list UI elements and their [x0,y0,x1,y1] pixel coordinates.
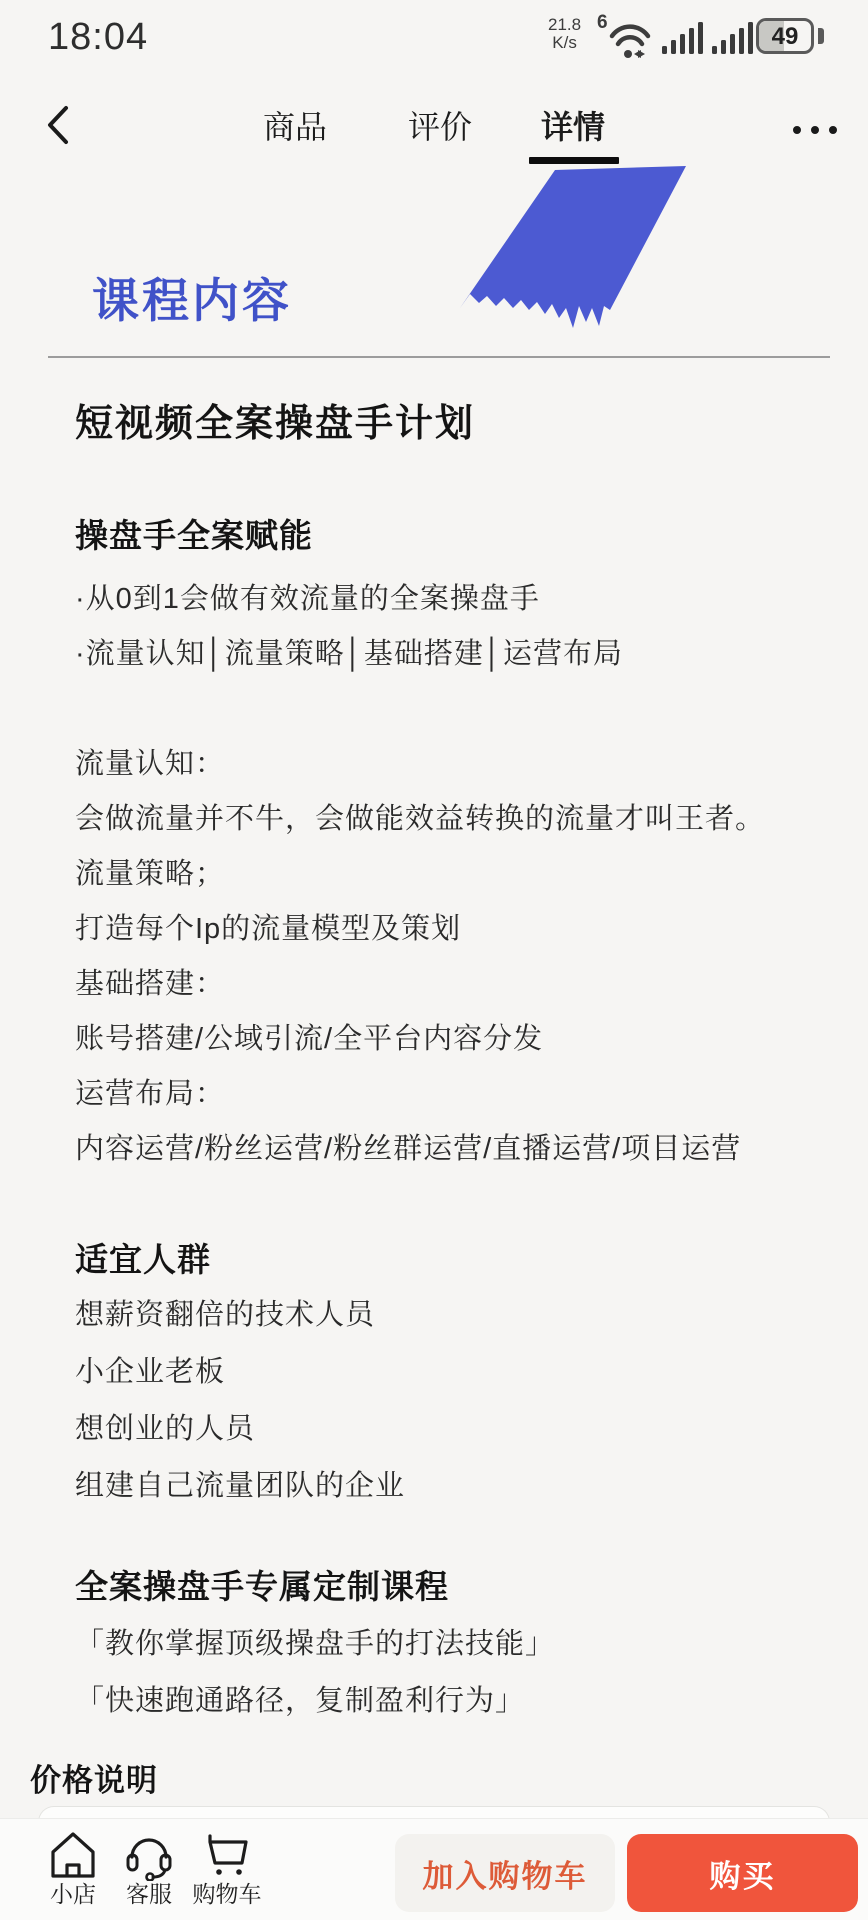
battery-percent: 49 [759,23,811,51]
cart-label: 购物车 [182,1881,272,1907]
blue-brush-stroke [448,158,698,338]
tab-reviews[interactable]: 评价 [408,102,472,148]
body-line: 「快速跑通路径，复制盈利行为」 [75,1682,833,1720]
body-line: 打造每个Ip的流量模型及策划 [75,910,833,948]
body-line: 想薪资翻倍的技术人员 [75,1296,833,1334]
cart-button[interactable]: 购物车 [182,1829,272,1907]
back-chevron-icon[interactable] [40,100,80,150]
body-line: ·从0到1会做有效流量的全案操盘手 [75,580,833,618]
shop-icon [48,1829,98,1881]
battery-nub [818,28,824,44]
detail-content: 短视频全案操盘手计划 操盘手全案赋能 ·从0到1会做有效流量的全案操盘手 ·流量… [75,385,833,1800]
customer-service-label: 客服 [104,1881,194,1907]
body-line: 运营布局： [75,1075,833,1113]
body-line: 账号搭建/公域引流/全平台内容分发 [75,1020,833,1058]
battery-icon: 49 [756,18,814,54]
body-line: 组建自己流量团队的企业 [75,1467,833,1505]
body-line: ·流量认知│流量策略│基础搭建│运营布局 [75,635,833,673]
cellular-signal-icon-2 [712,20,754,56]
tab-product[interactable]: 商品 [263,102,327,148]
nav-bar: 商品 评价 详情 [0,88,868,168]
bottom-action-bar: 小店 客服 购物车 加入购物车 购买 [0,1818,868,1920]
clock: 18:04 [48,16,148,59]
section-divider [48,356,830,358]
body-line: 想创业的人员 [75,1410,833,1448]
body-line: 基础搭建： [75,965,833,1003]
customer-service-icon [123,1829,175,1881]
body-line: 流量认知： [75,745,833,783]
cart-icon [200,1829,254,1881]
cellular-signal-icon [662,20,704,56]
body-line: 「教你掌握顶级操盘手的打法技能」 [75,1625,833,1663]
more-ellipsis-icon[interactable] [793,118,853,142]
network-speed: 21.8 K/s [548,16,581,52]
body-line: 小企业老板 [75,1353,833,1391]
body-line: 会做流量并不牛，会做能效益转换的流量才叫王者。 [75,800,833,838]
course-title: 短视频全案操盘手计划 [75,400,833,448]
product-detail-screen: 18:04 21.8 K/s 6 [0,0,868,1920]
status-bar: 18:04 21.8 K/s 6 [0,0,868,70]
buy-button[interactable]: 购买 [627,1834,858,1912]
section-heading: 适宜人群 [75,1238,833,1282]
price-note-heading: 价格说明 [30,1755,833,1800]
section-heading: 操盘手全案赋能 [75,514,833,558]
body-line: 流量策略； [75,855,833,893]
customer-service-button[interactable]: 客服 [104,1829,194,1907]
tab-details[interactable]: 详情 [541,102,605,148]
section-heading: 全案操盘手专属定制课程 [75,1565,833,1609]
page-title: 课程内容 [92,264,292,331]
body-line: 内容运营/粉丝运营/粉丝群运营/直播运营/项目运营 [75,1130,833,1168]
add-to-cart-button[interactable]: 加入购物车 [395,1834,615,1912]
wifi-icon: 6 [598,14,654,62]
